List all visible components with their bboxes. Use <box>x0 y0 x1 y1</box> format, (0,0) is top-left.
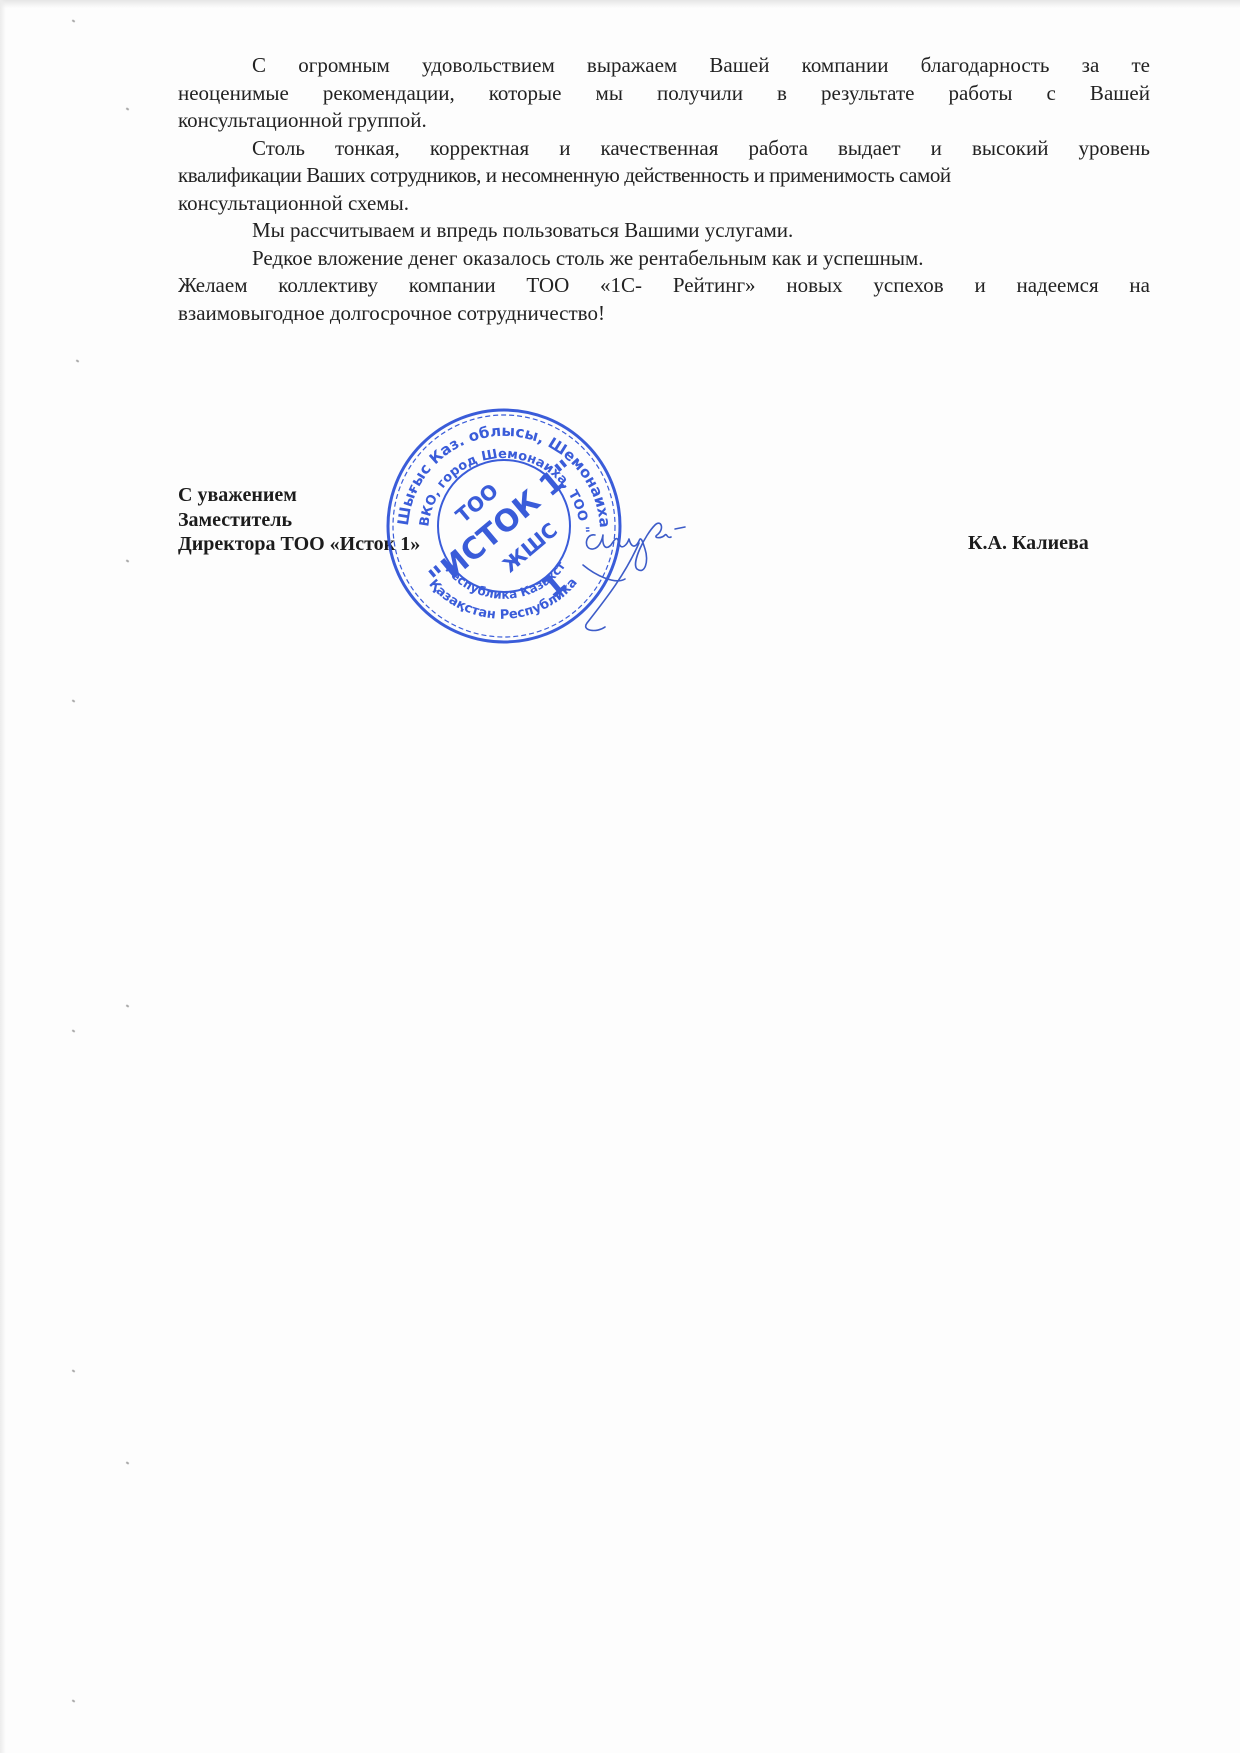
scan-speck <box>126 559 130 562</box>
scan-speck <box>126 1004 130 1007</box>
paragraph-investment: Редкое вложение денег оказалось столь же… <box>178 245 1150 273</box>
handwritten-signature-icon <box>575 505 740 635</box>
text-line: Мы рассчитываем и впредь пользоваться Ва… <box>178 217 1150 245</box>
scan-speck <box>72 699 76 702</box>
paragraph-quality: Столь тонкая, корректная и качественная … <box>178 135 1150 218</box>
paragraph-wishes: Желаем коллективу компании ТОО «1С- Рейт… <box>178 272 1150 327</box>
paragraph-future: Мы рассчитываем и впредь пользоваться Ва… <box>178 217 1150 245</box>
letter-body: С огромным удовольствием выражаем Вашей … <box>178 52 1150 327</box>
text-line: неоценимые рекомендации, которые мы полу… <box>178 80 1150 108</box>
paragraph-gratitude: С огромным удовольствием выражаем Вашей … <box>178 52 1150 135</box>
page-edge-shadow <box>0 0 1240 8</box>
signer-name: К.А. Калиева <box>968 532 1089 555</box>
text-line: Столь тонкая, корректная и качественная … <box>178 135 1150 163</box>
page-edge-shadow-left <box>0 0 6 1753</box>
text-line: Желаем коллективу компании ТОО «1С- Рейт… <box>178 272 1150 300</box>
scan-speck <box>72 1699 76 1702</box>
text-line: консультационной схемы. <box>178 190 1150 218</box>
scan-speck <box>126 107 130 110</box>
scan-speck <box>72 1369 76 1372</box>
scan-speck <box>76 359 80 362</box>
text-line: консультационной группой. <box>178 107 1150 135</box>
text-line: взаимовыгодное долгосрочное сотрудничест… <box>178 300 1150 328</box>
scan-speck <box>126 1461 130 1464</box>
scan-speck <box>72 1029 76 1032</box>
text-line: Редкое вложение денег оказалось столь же… <box>178 245 1150 273</box>
text-line: квалификации Ваших сотрудников, и несомн… <box>178 162 1150 190</box>
scan-speck <box>72 19 76 22</box>
text-line: С огромным удовольствием выражаем Вашей … <box>178 52 1150 80</box>
